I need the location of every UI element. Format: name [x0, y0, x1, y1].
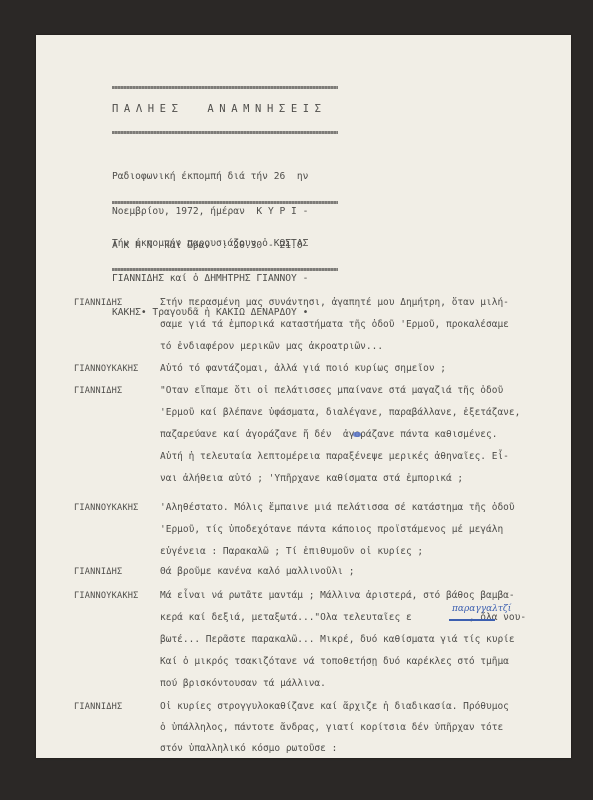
dialogue-line: βωτέ... Περᾶστε παρακαλῶ... Μικρέ, δυό κ…: [160, 634, 515, 645]
ink-blot: [353, 432, 361, 437]
presenters-line: ΓΙΑΝΝΙΔΗΣ καί ὁ ΔΗΜΗΤΡΗΣ ΓΙΑΝΝΟΥ -: [112, 273, 308, 285]
dialogue-line: Καί ὁ μικρός τσακιζότανε νά τοποθετήσῃ δ…: [160, 656, 509, 667]
header-rule-lower: [112, 201, 338, 204]
dialogue-line: 'Ερμοῦ καί βλέπανε ὑφάσματα, διαλέγανε, …: [160, 407, 520, 418]
speaker-name: ΓΙΑΝΝΙΔΗΣ: [74, 702, 122, 712]
typewritten-page: [36, 35, 571, 758]
presenters-note: Τήν έκπομπήν παρουσιάζουν ὁ ΚΩΣΤΑΣ ΓΙΑΝΝ…: [112, 215, 308, 330]
document-title: ΠΑΛΗΕΣ ΑΝΑΜΝΗΣΕΙΣ: [112, 103, 327, 115]
dialogue-line: Μά εἶναι νά ρωτᾶτε μαντάμ ; Μάλλινα ἀρισ…: [160, 590, 515, 601]
dialogue-line: στόν ὑπαλληλικό κόσμο ρωτοῦσε :: [160, 743, 337, 754]
dialogue-line: ναι ἀλήθεια αὐτό ; 'Υπῆρχανε καθίσματα σ…: [160, 473, 463, 484]
dialogue-line: Αὐτό τό φαντάζομαι, ἀλλά γιά ποιό κυρίως…: [160, 363, 446, 374]
strikethrough-mark: [449, 619, 495, 621]
dialogue-line: Αὐτή ἡ τελευταία λεπτομέρεια παραξένεψε …: [160, 451, 509, 462]
presenters-line: ΚΑΚΗΣ• Τραγουδᾶ ἡ ΚΑΚΙΩ ΔΕΝΑΡΔΟΥ •: [112, 307, 308, 319]
broadcast-info-line: Ραδιοφωνική έκπομπή διά τήν 26 ην: [112, 171, 308, 183]
dialogue-line: Στήν περασμένη μας συνάντησι, ἀγαπητέ μο…: [160, 297, 509, 308]
dialogue-line: πού βρισκόντουσαν τά μάλλινα.: [160, 678, 326, 689]
dialogue-line: "Οταν εἴπαμε ὅτι οἱ πελάτισσες μπαίνανε …: [160, 385, 503, 396]
dialogue-line: 'Ερμοῦ, τίς ὑποδεχότανε πάντα κάποιος πρ…: [160, 524, 503, 535]
header-rule-top: [112, 86, 338, 89]
header-rule-bottom: [112, 268, 338, 271]
speaker-name: ΓΙΑΝΝΟΥΚΑΚΗΣ: [74, 591, 139, 601]
dialogue-line: τό ἐνδιαφέρον μερικῶν μας ἀκροατριῶν...: [160, 341, 383, 352]
header-rule-middle: [112, 131, 338, 134]
dialogue-line: εὐγένεια : Παρακαλῶ ; Τί ἐπιθυμοῦν οἱ κυ…: [160, 546, 423, 557]
dialogue-line: σαμε γιά τά ἐμπορικά καταστήματα τῆς ὁδο…: [160, 319, 509, 330]
dialogue-line: Οἱ κυρίες στρογγυλοκαθίζανε καί ἄρχιζε ἡ…: [160, 701, 509, 712]
dialogue-line: Θά βροῦμε κανένα καλό μαλλινοῦλι ;: [160, 566, 354, 577]
dialogue-line: ὁ ὑπάλληλος, πάντοτε ἄνδρας, γιατί κορίτ…: [160, 722, 503, 733]
speaker-name: ΓΙΑΝΝΟΥΚΑΚΗΣ: [74, 503, 139, 513]
presenters-line: Τήν έκπομπήν παρουσιάζουν ὁ ΚΩΣΤΑΣ: [112, 238, 308, 250]
speaker-name: ΓΙΑΝΝΙΔΗΣ: [74, 386, 122, 396]
dialogue-line: παζαρεύανε καί ἀγοράζανε ἤ δέν ἀγοράζανε…: [160, 429, 497, 440]
speaker-name: ΓΙΑΝΝΙΔΗΣ: [74, 567, 122, 577]
dialogue-line: 'Αληθέστατο. Μόλις ἔμπαινε μιά πελάτισσα…: [160, 502, 515, 513]
speaker-name: ΓΙΑΝΝΙΔΗΣ: [74, 298, 122, 308]
handwritten-insertion: παραγγαλτζί: [452, 604, 511, 614]
speaker-name: ΓΙΑΝΝΟΥΚΑΚΗΣ: [74, 364, 139, 374]
